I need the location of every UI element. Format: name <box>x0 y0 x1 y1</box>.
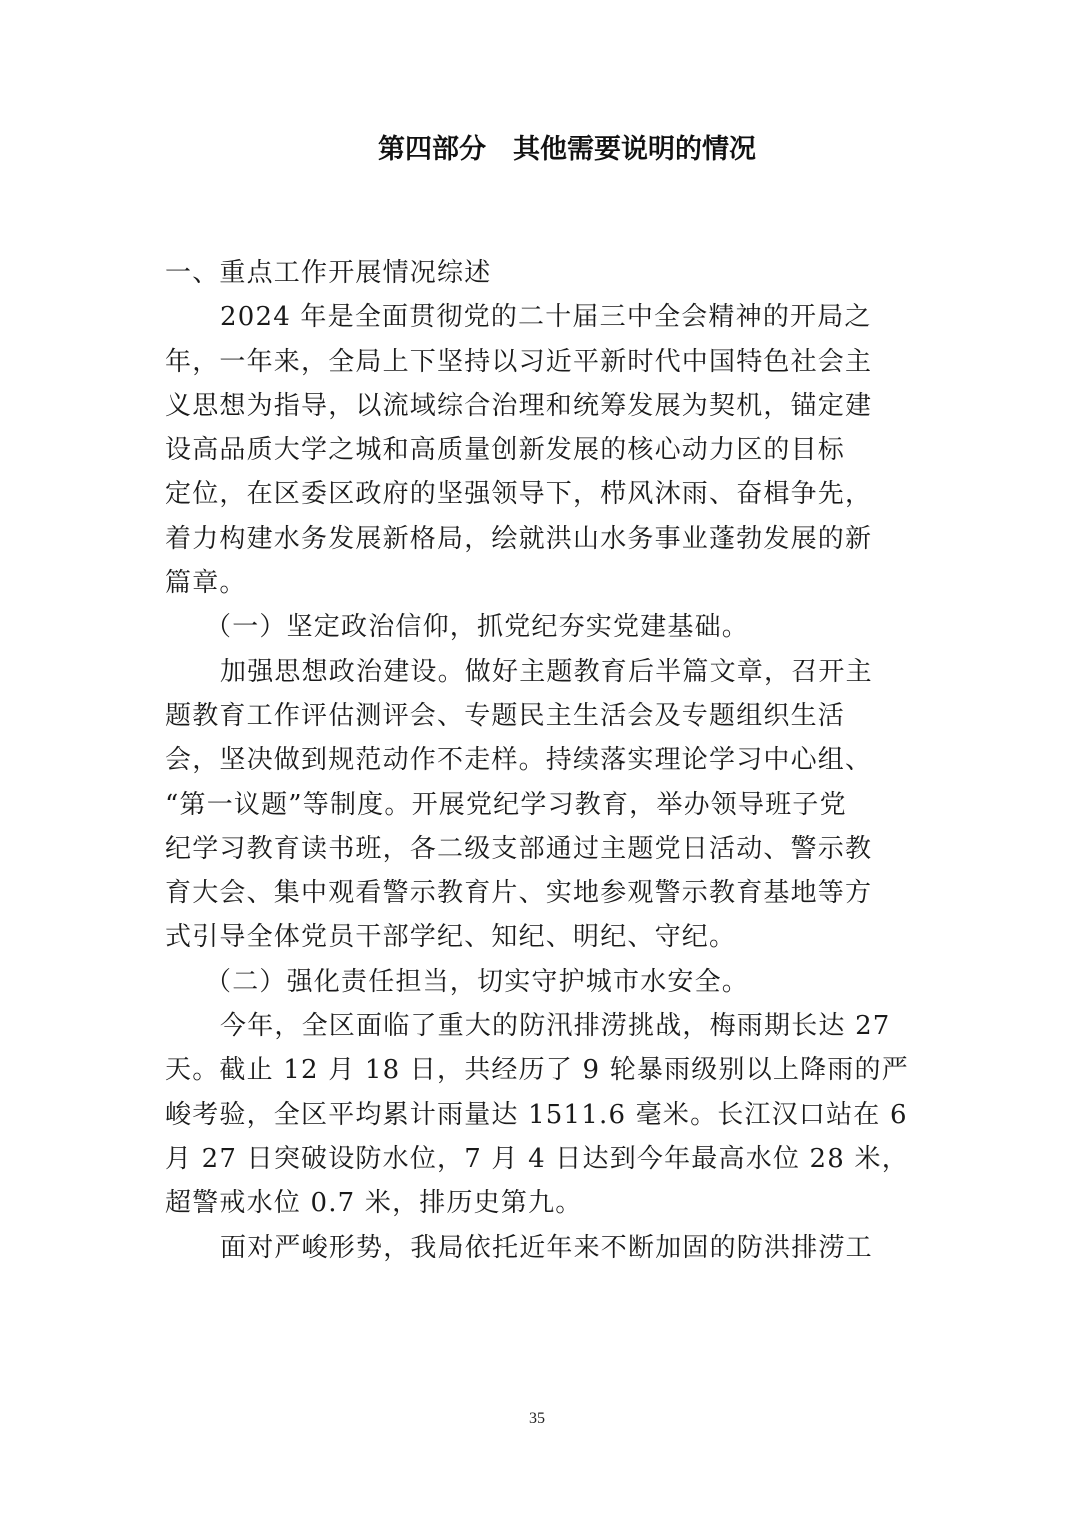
paragraph-line: 峻考验，全区平均累计雨量达 1511.6 毫米。长江汉口站在 6 <box>165 1093 915 1137</box>
paragraph-line: 育大会、集中观看警示教育片、实地参观警示教育基地等方 <box>165 871 915 915</box>
paragraph-line: 式引导全体党员干部学纪、知纪、明纪、守纪。 <box>165 915 915 959</box>
paragraph-line: 天。截止 12 月 18 日，共经历了 9 轮暴雨级别以上降雨的严 <box>165 1048 915 1092</box>
paragraph-line: 面对严峻形势，我局依托近年来不断加固的防洪排涝工 <box>165 1226 915 1270</box>
paragraph-line: 会，坚决做到规范动作不走样。持续落实理论学习中心组、 <box>165 738 915 782</box>
document-body: 一、重点工作开展情况综述 2024 年是全面贯彻党的二十届三中全会精神的开局之 … <box>165 251 915 1270</box>
subsection-heading: （二）强化责任担当，切实守护城市水安全。 <box>165 960 915 1004</box>
paragraph-line: 设高品质大学之城和高质量创新发展的核心动力区的目标 <box>165 428 915 472</box>
paragraph-line: 题教育工作评估测评会、专题民主生活会及专题组织生活 <box>165 694 915 738</box>
paragraph-line: “第一议题”等制度。开展党纪学习教育，举办领导班子党 <box>165 783 915 827</box>
paragraph-line: 篇章。 <box>165 561 915 605</box>
paragraph-line: 今年，全区面临了重大的防汛排涝挑战，梅雨期长达 27 <box>165 1004 915 1048</box>
paragraph-line: 年，一年来，全局上下坚持以习近平新时代中国特色社会主 <box>165 340 915 384</box>
page-title: 第四部分 其他需要说明的情况 <box>0 130 1074 170</box>
paragraph-line: 纪学习教育读书班，各二级支部通过主题党日活动、警示教 <box>165 827 915 871</box>
paragraph-line: 超警戒水位 0.7 米，排历史第九。 <box>165 1181 915 1225</box>
paragraph-line: 定位，在区委区政府的坚强领导下，栉风沐雨、奋楫争先， <box>165 472 915 516</box>
subsection-heading: （一）坚定政治信仰，抓党纪夯实党建基础。 <box>165 605 915 649</box>
paragraph-line: 着力构建水务发展新格局，绘就洪山水务事业蓬勃发展的新 <box>165 517 915 561</box>
paragraph-line: 义思想为指导，以流域综合治理和统筹发展为契机，锚定建 <box>165 384 915 428</box>
document-page: 第四部分 其他需要说明的情况 一、重点工作开展情况综述 2024 年是全面贯彻党… <box>0 0 1074 1520</box>
page-number: 35 <box>0 1410 1074 1428</box>
section-heading: 一、重点工作开展情况综述 <box>165 251 915 295</box>
paragraph-line: 月 27 日突破设防水位，7 月 4 日达到今年最高水位 28 米， <box>165 1137 915 1181</box>
paragraph-line: 2024 年是全面贯彻党的二十届三中全会精神的开局之 <box>165 295 915 339</box>
paragraph-line: 加强思想政治建设。做好主题教育后半篇文章，召开主 <box>165 650 915 694</box>
